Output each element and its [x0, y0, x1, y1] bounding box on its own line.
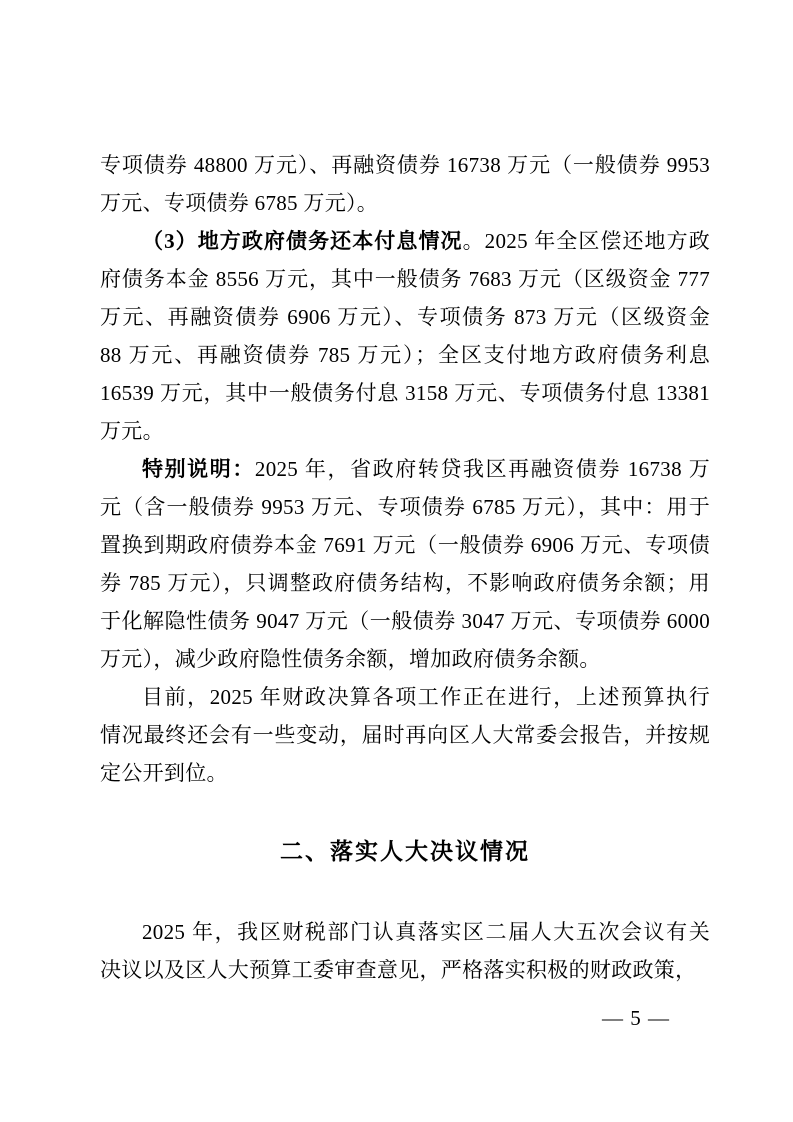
body-line: 府债务本金 8556 万元，其中一般债务 7683 万元（区级资金 777 [100, 260, 710, 298]
body-line: （3）地方政府债务还本付息情况。2025 年全区偿还地方政 [100, 222, 710, 260]
body-line: 定公开到位。 [100, 754, 710, 792]
body-line: 万元、专项债券 6785 万元）。 [100, 184, 710, 222]
body-line: 元（含一般债券 9953 万元、专项债券 6785 万元），其中：用于 [100, 488, 710, 526]
section-heading: 二、落实人大决议情况 [100, 830, 710, 872]
body-text: 。2025 年全区偿还地方政 [463, 229, 710, 253]
body-line: 决议以及区人大预算工委审查意见，严格落实积极的财政政策， [100, 951, 710, 989]
body-line: 万元），减少政府隐性债务余额，增加政府债务余额。 [100, 640, 710, 678]
subheading-emphasis: （3）地方政府债务还本付息情况 [142, 229, 463, 253]
body-line: 16539 万元，其中一般债务付息 3158 万元、专项债务付息 13381 [100, 374, 710, 412]
document-body: 专项债券 48800 万元）、再融资债券 16738 万元（一般债券 9953 … [100, 146, 710, 1031]
body-line: 目前，2025 年财政决算各项工作正在进行，上述预算执行 [100, 678, 710, 716]
subheading-emphasis: 特别说明： [142, 457, 255, 481]
page-number: — 5 — [100, 1005, 710, 1031]
body-line: 88 万元、再融资债券 785 万元）；全区支付地方政府债务利息 [100, 336, 710, 374]
body-line: 2025 年，我区财税部门认真落实区二届人大五次会议有关 [100, 913, 710, 951]
body-line: 券 785 万元），只调整政府债务结构，不影响政府债务余额；用 [100, 564, 710, 602]
body-line: 万元、再融资债券 6906 万元）、专项债务 873 万元（区级资金 [100, 298, 710, 336]
body-text: 2025 年，省政府转贷我区再融资债券 16738 万 [255, 457, 710, 481]
body-line: 专项债券 48800 万元）、再融资债券 16738 万元（一般债券 9953 [100, 146, 710, 184]
body-line: 情况最终还会有一些变动，届时再向区人大常委会报告，并按规 [100, 716, 710, 754]
document-page: 专项债券 48800 万元）、再融资债券 16738 万元（一般债券 9953 … [0, 0, 793, 1122]
body-line: 置换到期政府债券本金 7691 万元（一般债券 6906 万元、专项债 [100, 526, 710, 564]
body-line: 特别说明：2025 年，省政府转贷我区再融资债券 16738 万 [100, 450, 710, 488]
body-line: 万元。 [100, 412, 710, 450]
body-line: 于化解隐性债务 9047 万元（一般债券 3047 万元、专项债券 6000 [100, 602, 710, 640]
